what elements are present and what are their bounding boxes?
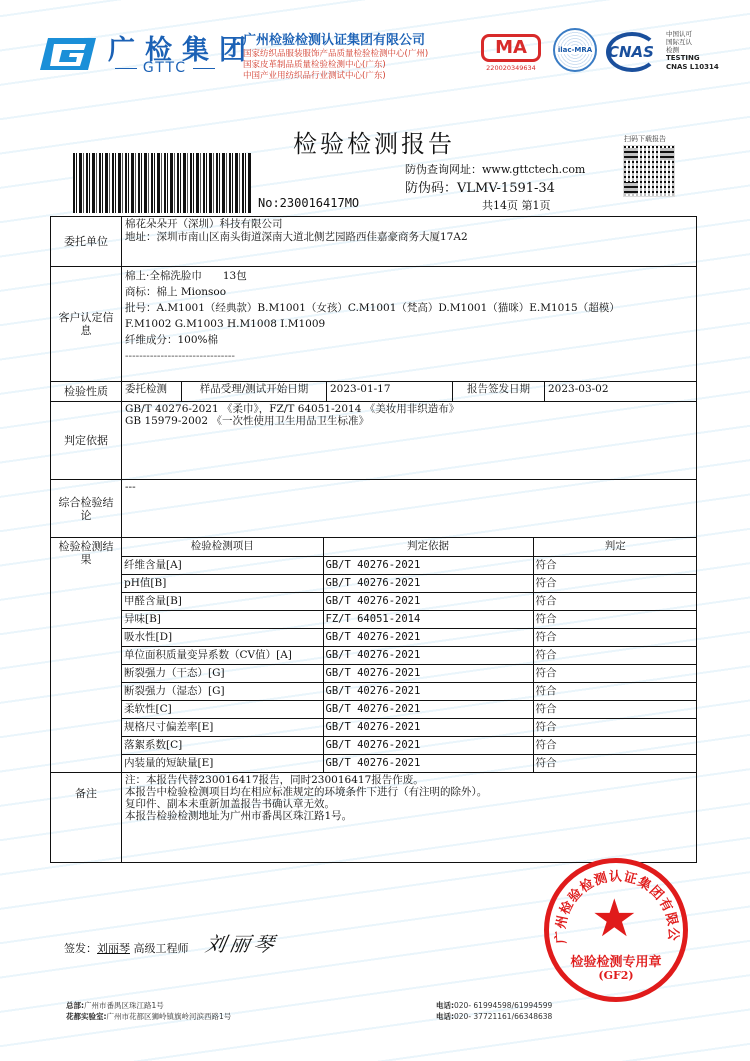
header-verdict: 判定 bbox=[533, 538, 697, 556]
signer-name: 刘丽琴 bbox=[97, 942, 130, 955]
client-address: 地址：深圳市南山区南头街道深南大道北侧艺园路西佳嘉豪商务大厦17A2 bbox=[125, 231, 693, 244]
received-date: 2023-01-17 bbox=[327, 382, 453, 402]
header-basis: 判定依据 bbox=[323, 538, 533, 556]
result-basis: FZ/T 64051-2014 bbox=[323, 610, 533, 628]
footer-addresses: 总部:广州市番禺区珠江路1号 花都实验室:广州市花都区狮岭镇旗岭河滨西路1号 bbox=[66, 1000, 231, 1022]
result-verdict: 符合 bbox=[533, 682, 697, 700]
cma-number: 220020349634 bbox=[481, 64, 541, 72]
result-basis: GB/T 40276-2021 bbox=[323, 628, 533, 646]
basis-label: 判定依据 bbox=[51, 402, 122, 480]
result-verdict: 符合 bbox=[533, 736, 697, 754]
report-title: 检验检测报告 bbox=[293, 124, 455, 159]
received-date-label: 样品受理/测试开始日期 bbox=[182, 382, 327, 402]
cnas-info-cn-3: 检测 bbox=[666, 46, 719, 54]
batch-line-1: 批号：A.M1001（经典款）B.M1001（女孩）C.M1001（梵高）D.M… bbox=[125, 300, 693, 316]
conclusion-value: --- bbox=[122, 480, 697, 538]
qr-label: 扫码下载报告 bbox=[624, 134, 666, 144]
result-basis: GB/T 40276-2021 bbox=[323, 682, 533, 700]
result-verdict: 符合 bbox=[533, 664, 697, 682]
batch-line-2: F.M1002 G.M1003 H.M1008 I.M1009 bbox=[125, 316, 693, 332]
cnas-label: CNAS bbox=[608, 43, 654, 61]
result-basis: GB/T 40276-2021 bbox=[323, 664, 533, 682]
cnas-info-cn-1: 中国认可 bbox=[666, 30, 719, 38]
table-row: 吸水性[D]GB/T 40276-2021符合 bbox=[122, 628, 697, 646]
anti-fake-code: 防伪码：VLMV-1591-34 bbox=[405, 177, 555, 196]
separator-line: ------------------------------- bbox=[125, 348, 693, 364]
basis-line-1: GB/T 40276-2021 《柔巾》，FZ/T 64051-2014 《美妆… bbox=[125, 403, 693, 415]
official-stamp: 广州检验检测认证集团有限公司 ★ 检验检测专用章 (GF2) bbox=[544, 858, 688, 1002]
nature-value: 委托检测 bbox=[122, 382, 182, 402]
result-verdict: 符合 bbox=[533, 718, 697, 736]
result-item: 异味[B] bbox=[122, 610, 323, 628]
product-name: 棉上·全棉洗脸巾 13包 bbox=[125, 268, 693, 284]
table-row: 甲醛含量[B]GB/T 40276-2021符合 bbox=[122, 592, 697, 610]
customer-info-value: 棉上·全棉洗脸巾 13包 商标：棉上 Mionsoo 批号：A.M1001（经典… bbox=[122, 267, 697, 382]
customer-info-row: 客户认定信息 棉上·全棉洗脸巾 13包 商标：棉上 Mionsoo 批号：A.M… bbox=[51, 267, 697, 382]
result-item: pH值[B] bbox=[122, 574, 323, 592]
table-row: 落絮系数[C]GB/T 40276-2021符合 bbox=[122, 736, 697, 754]
report-table: 委托单位 棉花朵朵开（深圳）科技有限公司 地址：深圳市南山区南头街道深南大道北侧… bbox=[50, 216, 697, 863]
result-item: 落絮系数[C] bbox=[122, 736, 323, 754]
table-row: 异味[B]FZ/T 64051-2014符合 bbox=[122, 610, 697, 628]
results-cell: 检验检测项目 判定依据 判定 纤维含量[A]GB/T 40276-2021符合p… bbox=[122, 538, 697, 773]
issued-date-label: 报告签发日期 bbox=[453, 382, 545, 402]
cma-mark: MA 220020349634 bbox=[481, 34, 541, 74]
report-number: No:230016417MO bbox=[258, 196, 359, 210]
org-sub-3: 中国产业用纺织品行业测试中心(广东) bbox=[243, 71, 428, 82]
cnas-info-cn-2: 国际互认 bbox=[666, 38, 719, 46]
note-line-3: 复印件、副本未重新加盖报告书确认章无效。 bbox=[125, 798, 693, 810]
result-item: 断裂强力（湿态）[G] bbox=[122, 682, 323, 700]
basis-line-2: GB 15979-2002 《一次性使用卫生用品卫生标准》 bbox=[125, 415, 693, 427]
result-item: 甲醛含量[B] bbox=[122, 592, 323, 610]
lab-address: 广州市花都区狮岭镇旗岭河滨西路1号 bbox=[107, 1012, 232, 1021]
result-item: 单位面积质量变异系数（CV值）[A] bbox=[122, 646, 323, 664]
cnas-info: 中国认可 国际互认 检测 TESTING CNAS L10314 bbox=[666, 30, 719, 72]
client-label: 委托单位 bbox=[51, 217, 122, 267]
footer-phones: 电话:020- 61994598/61994599 电话:020- 377211… bbox=[436, 1000, 552, 1022]
cnas-number: CNAS L10314 bbox=[666, 63, 719, 72]
result-basis: GB/T 40276-2021 bbox=[323, 646, 533, 664]
phone2-label: 电话: bbox=[436, 1012, 454, 1021]
signer-title: 高级工程师 bbox=[134, 942, 189, 955]
result-verdict: 符合 bbox=[533, 574, 697, 592]
result-item: 内装量的短缺量[E] bbox=[122, 754, 323, 772]
table-row: 单位面积质量变异系数（CV值）[A]GB/T 40276-2021符合 bbox=[122, 646, 697, 664]
result-basis: GB/T 40276-2021 bbox=[323, 574, 533, 592]
result-item: 柔软性[C] bbox=[122, 700, 323, 718]
cma-logo-icon: MA bbox=[481, 34, 541, 62]
note-line-4: 本报告检验检测地址为广州市番禺区珠江路1号。 bbox=[125, 810, 693, 822]
table-row: 纤维含量[A]GB/T 40276-2021符合 bbox=[122, 556, 697, 574]
nature-label: 检验性质 bbox=[51, 382, 122, 402]
table-row: 柔软性[C]GB/T 40276-2021符合 bbox=[122, 700, 697, 718]
conclusion-label: 综合检验结论 bbox=[51, 480, 122, 538]
basis-value: GB/T 40276-2021 《柔巾》，FZ/T 64051-2014 《美妆… bbox=[122, 402, 697, 480]
basis-row: 判定依据 GB/T 40276-2021 《柔巾》，FZ/T 64051-201… bbox=[51, 402, 697, 480]
phone2: 020- 37721161/66348638 bbox=[454, 1012, 552, 1021]
hq-label: 总部: bbox=[66, 1001, 84, 1010]
note-line-1: 注：本报告代替230016417报告，同时230016417报告作废。 bbox=[125, 774, 693, 786]
results-label: 检验检测结果 bbox=[51, 538, 122, 773]
org-block: 广州检验检测认证集团有限公司 国家纺织品服装服饰产品质量检验检测中心(广州) 国… bbox=[243, 33, 428, 82]
page-indicator: 共14页 第1页 bbox=[482, 197, 551, 213]
result-verdict: 符合 bbox=[533, 754, 697, 772]
table-row: 内装量的短缺量[E]GB/T 40276-2021符合 bbox=[122, 754, 697, 772]
table-row: 规格尺寸偏差率[E]GB/T 40276-2021符合 bbox=[122, 718, 697, 736]
trademark: 商标：棉上 Mionsoo bbox=[125, 284, 693, 300]
result-basis: GB/T 40276-2021 bbox=[323, 718, 533, 736]
hq-address: 广州市番禺区珠江路1号 bbox=[84, 1001, 164, 1010]
result-basis: GB/T 40276-2021 bbox=[323, 754, 533, 772]
notes-row: 备注 注：本报告代替230016417报告，同时230016417报告作废。 本… bbox=[51, 773, 697, 863]
result-item: 吸水性[D] bbox=[122, 628, 323, 646]
query-url: 防伪查询网址：www.gttctech.com bbox=[405, 161, 585, 177]
org-name: 广州检验检测认证集团有限公司 bbox=[243, 33, 428, 49]
results-row: 检验检测结果 检验检测项目 判定依据 判定 纤维含量[A]GB/T 40276-… bbox=[51, 538, 697, 773]
stamp-purpose: 检验检测专用章 bbox=[563, 951, 669, 970]
results-table: 检验检测项目 判定依据 判定 纤维含量[A]GB/T 40276-2021符合p… bbox=[122, 538, 697, 772]
org-sub-2: 国家皮革制品质量检验检测中心(广东) bbox=[243, 60, 428, 71]
result-verdict: 符合 bbox=[533, 592, 697, 610]
qr-code-icon[interactable] bbox=[624, 146, 674, 196]
result-item: 规格尺寸偏差率[E] bbox=[122, 718, 323, 736]
lab-label: 花都实验室: bbox=[66, 1012, 107, 1021]
result-item: 纤维含量[A] bbox=[122, 556, 323, 574]
nature-row: 检验性质 委托检测 样品受理/测试开始日期 2023-01-17 报告签发日期 … bbox=[51, 382, 697, 402]
sign-label: 签发： bbox=[64, 942, 97, 955]
phone1-label: 电话: bbox=[436, 1001, 454, 1010]
signature-block: 签发：刘丽琴 高级工程师 bbox=[64, 940, 189, 956]
issued-date: 2023-03-02 bbox=[545, 382, 697, 402]
ilac-label: ilac-MRA bbox=[557, 46, 593, 54]
star-icon: ★ bbox=[591, 893, 638, 945]
stamp-code: (GF2) bbox=[563, 969, 669, 982]
brand-name-en: GTTC bbox=[100, 60, 230, 76]
ilac-mra-logo-icon: ilac-MRA bbox=[553, 28, 597, 72]
table-row: pH值[B]GB/T 40276-2021符合 bbox=[122, 574, 697, 592]
result-verdict: 符合 bbox=[533, 700, 697, 718]
result-basis: GB/T 40276-2021 bbox=[323, 700, 533, 718]
phone1: 020- 61994598/61994599 bbox=[454, 1001, 552, 1010]
client-name: 棉花朵朵开（深圳）科技有限公司 bbox=[125, 218, 693, 231]
result-item: 断裂强力（干态）[G] bbox=[122, 664, 323, 682]
client-row: 委托单位 棉花朵朵开（深圳）科技有限公司 地址：深圳市南山区南头街道深南大道北侧… bbox=[51, 217, 697, 267]
handwritten-signature: 刘丽琴 bbox=[203, 928, 280, 957]
notes-value: 注：本报告代替230016417报告，同时230016417报告作废。 本报告中… bbox=[122, 773, 697, 863]
gttc-logo-icon bbox=[38, 34, 98, 74]
results-header: 检验检测项目 判定依据 判定 bbox=[122, 538, 697, 556]
org-sub-1: 国家纺织品服装服饰产品质量检验检测中心(广州) bbox=[243, 49, 428, 60]
conclusion-row: 综合检验结论 --- bbox=[51, 480, 697, 538]
notes-label: 备注 bbox=[51, 773, 122, 863]
client-value: 棉花朵朵开（深圳）科技有限公司 地址：深圳市南山区南头街道深南大道北侧艺园路西佳… bbox=[122, 217, 697, 267]
note-line-2: 本报告中检验检测项目均在相应标准规定的环境条件下进行（有注明的除外）。 bbox=[125, 786, 693, 798]
cnas-testing: TESTING bbox=[666, 54, 719, 63]
result-verdict: 符合 bbox=[533, 610, 697, 628]
result-verdict: 符合 bbox=[533, 628, 697, 646]
table-row: 断裂强力（干态）[G]GB/T 40276-2021符合 bbox=[122, 664, 697, 682]
customer-info-label: 客户认定信息 bbox=[51, 267, 122, 382]
result-basis: GB/T 40276-2021 bbox=[323, 556, 533, 574]
cnas-logo-icon: CNAS bbox=[606, 32, 658, 72]
fiber-content: 纤维成分：100%棉 bbox=[125, 332, 693, 348]
result-basis: GB/T 40276-2021 bbox=[323, 736, 533, 754]
table-row: 断裂强力（湿态）[G]GB/T 40276-2021符合 bbox=[122, 682, 697, 700]
barcode-icon bbox=[73, 153, 251, 213]
result-verdict: 符合 bbox=[533, 556, 697, 574]
result-basis: GB/T 40276-2021 bbox=[323, 592, 533, 610]
result-verdict: 符合 bbox=[533, 646, 697, 664]
header-item: 检验检测项目 bbox=[122, 538, 323, 556]
